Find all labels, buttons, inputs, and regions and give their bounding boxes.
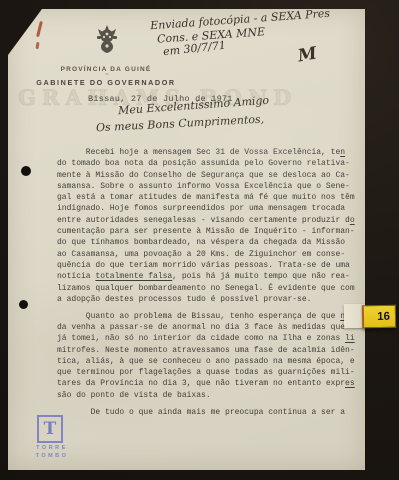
typed-line: que terminou por flagelações a quase tod… — [57, 367, 363, 378]
typed-line: quência do que teriam morrido várias pes… — [57, 260, 363, 271]
typed-line: Recebi hoje a mensagem Sec 31 de Vossa E… — [57, 147, 363, 158]
typed-line: do que tínhamos bombardeado, na véspera … — [57, 237, 363, 248]
photo-background: PROVÍNCIA DA GUINÉ ~ GABINETE DO GOVERNA… — [0, 0, 399, 480]
stamp-text-tombo: TOMBO — [28, 453, 76, 459]
typed-line: tares da Província no dia 3, que não tiv… — [57, 378, 363, 389]
typed-line: entre autoridades senegalesas - visando … — [57, 215, 363, 226]
typed-line: do tomado boa nota da posição assumida p… — [57, 158, 363, 169]
body-paragraph-1: Recebi hoje a mensagem Sec 31 de Vossa E… — [57, 147, 363, 305]
punch-hole-top — [21, 166, 31, 176]
typed-line: De tudo o que ainda mais me preocupa con… — [57, 407, 363, 418]
typed-line: ao Casamansa, uma povoação a 20 Kms. de … — [57, 249, 363, 260]
typed-line: mítrofes. Neste momento atravessamos uma… — [57, 345, 363, 356]
body-paragraph-2: Quanto ao problema de Bissau, tenho espe… — [57, 311, 363, 401]
torre-do-tombo-stamp: T TORRE TOMBO — [28, 415, 76, 459]
typed-line: gal está a tomar atitudes de manifesta m… — [57, 192, 363, 203]
red-ink-mark-dot — [36, 42, 39, 49]
stamp-letter: T — [37, 415, 63, 443]
stamp-text-torre: TORRE — [28, 445, 76, 451]
typed-line: da venha a passar-se de anormal no dia 3… — [57, 322, 363, 333]
typed-line: lizamos qualquer bombardeamento no Seneg… — [57, 283, 363, 294]
typed-line: Quanto ao problema de Bissau, tenho espe… — [57, 311, 363, 322]
body-paragraph-3: De tudo o que ainda mais me preocupa con… — [57, 407, 363, 418]
typed-line: mente à Missão do Conselho de Segurança … — [57, 170, 363, 181]
typed-line: indignado. Hoje fomos surpreendidos por … — [57, 203, 363, 214]
punch-hole-bottom — [19, 300, 28, 309]
typed-body: Recebi hoje a mensagem Sec 31 de Vossa E… — [57, 147, 363, 418]
typed-line: a adopção destes processos tudo é possív… — [57, 294, 363, 305]
typed-line: samansa. Sobre o assunto informo Vossa E… — [57, 181, 363, 192]
handwritten-initials: M — [296, 44, 318, 67]
typed-line: cumentação para ser presente à Missão de… — [57, 226, 363, 237]
letter-page: PROVÍNCIA DA GUINÉ ~ GABINETE DO GOVERNA… — [8, 9, 365, 470]
typed-line: são do ponto de vista de baixas. — [57, 390, 363, 401]
typed-line: notícia totalmente falsa, pois há já mui… — [57, 271, 363, 282]
coat-of-arms-icon — [94, 25, 120, 53]
typed-line: tica, aliás, à que se conheceu o ano pas… — [57, 356, 363, 367]
red-ink-mark — [36, 21, 42, 37]
index-tab-number: 16 — [377, 310, 390, 322]
typed-line: já tomei, não só no interior da cidade c… — [57, 333, 363, 344]
index-tab-flag: 16 — [362, 305, 396, 329]
